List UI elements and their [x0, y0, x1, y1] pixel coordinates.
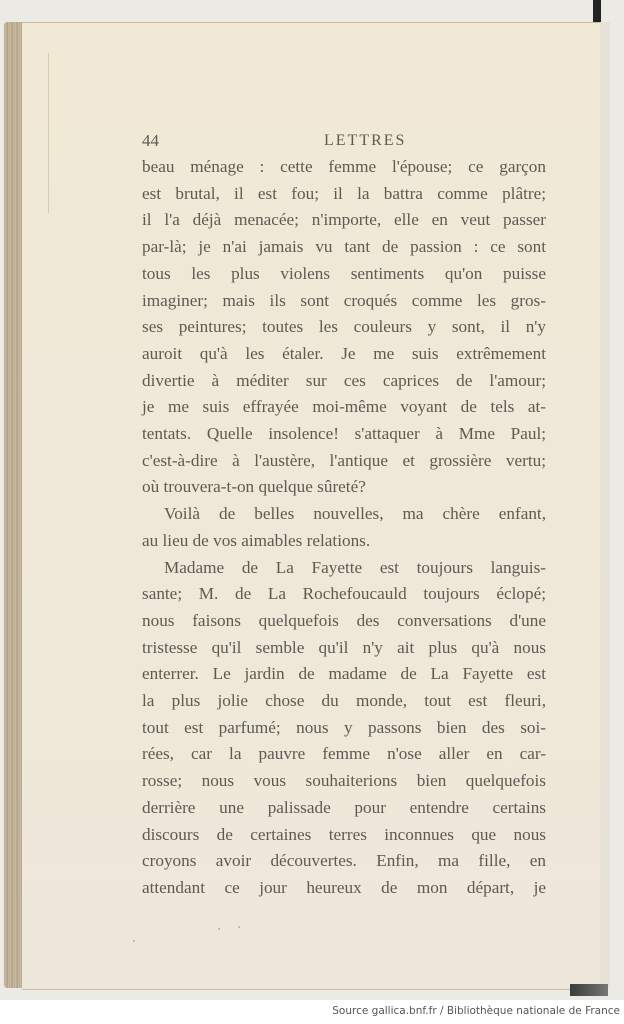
text-line: derrière une palissade pour entendre cer… [142, 795, 546, 822]
scan-clip-top [593, 0, 601, 22]
paper-speck [133, 940, 135, 942]
text-line: attendant ce jour heureux de mon départ,… [142, 875, 546, 902]
page-right-edge [600, 22, 610, 988]
page-number: 44 [142, 128, 159, 155]
text-line: beau ménage : cette femme l'épouse; ce g… [142, 154, 546, 181]
running-head: 44 LETTRES [142, 128, 546, 154]
text-line: c'est-à-dire à l'austère, l'antique et g… [142, 448, 546, 475]
text-line: tristesse qu'il semble qu'il n'y ait plu… [142, 635, 546, 662]
source-credit: Source gallica.bnf.fr / Bibliothèque nat… [332, 1005, 620, 1017]
page-fold-line [48, 53, 49, 213]
text-line: où trouvera-t-on quelque sûreté? [142, 474, 546, 501]
paper-speck [238, 926, 240, 928]
text-line: croyons avoir découvertes. Enfin, ma fil… [142, 848, 546, 875]
text-line: Madame de La Fayette est toujours langui… [142, 555, 546, 582]
text-line: sante; M. de La Rochefoucauld toujours é… [142, 581, 546, 608]
running-head-title: LETTRES [324, 128, 406, 155]
text-line: tout est parfumé; nous y passons bien de… [142, 715, 546, 742]
text-line: au lieu de vos aimables relations. [142, 528, 546, 555]
paper-speck [218, 928, 220, 930]
text-line: divertie à méditer sur ces caprices de l… [142, 368, 546, 395]
text-line: Voilà de belles nouvelles, ma chère enfa… [142, 501, 546, 528]
text-line: par-là; je n'ai jamais vu tant de passio… [142, 234, 546, 261]
text-line: est brutal, il est fou; il la battra com… [142, 181, 546, 208]
text-line: nous faisons quelquefois des conversatio… [142, 608, 546, 635]
text-line: tous les plus violens sentiments qu'on p… [142, 261, 546, 288]
page-stack-edge [4, 22, 24, 988]
text-line: ses peintures; toutes les couleurs y son… [142, 314, 546, 341]
text-lines: beau ménage : cette femme l'épouse; ce g… [142, 154, 546, 902]
text-line: rosse; nous vous souhaiterions bien quel… [142, 768, 546, 795]
page-text: 44 LETTRES beau ménage : cette femme l'é… [142, 128, 546, 902]
scan-clip-bottom [570, 984, 608, 996]
text-line: je me suis effrayée moi-même voyant de t… [142, 394, 546, 421]
text-line: discours de certaines terres inconnues q… [142, 822, 546, 849]
text-line: auroit qu'à les étaler. Je me suis extrê… [142, 341, 546, 368]
text-line: enterrer. Le jardin de madame de La Faye… [142, 661, 546, 688]
text-line: il l'a déjà menacée; n'importe, elle en … [142, 207, 546, 234]
text-line: tentats. Quelle insolence! s'attaquer à … [142, 421, 546, 448]
text-line: rées, car la pauvre femme n'ose aller en… [142, 741, 546, 768]
text-line: imaginer; mais ils sont croqués comme le… [142, 288, 546, 315]
text-line: la plus jolie chose du monde, tout est f… [142, 688, 546, 715]
